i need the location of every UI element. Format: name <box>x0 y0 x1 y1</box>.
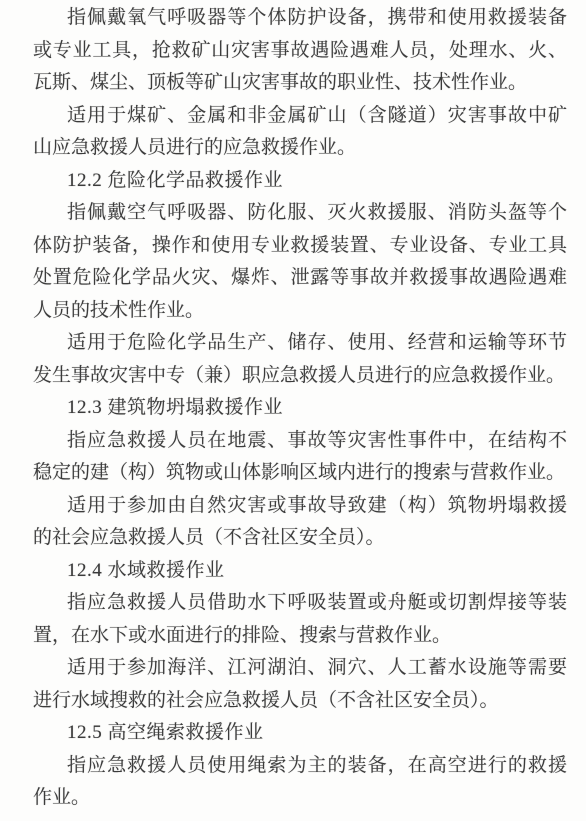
section-heading-12-2: 12.2 危险化学品救援作业 <box>33 165 567 198</box>
document-line: 指应急救援人员使用绳索为主的装备，在高空进行的救援 <box>33 750 567 783</box>
document-page: 指佩戴氧气呼吸器等个体防护设备，携带和使用救援装备 或专业工具，抢救矿山灾害事故… <box>0 0 586 821</box>
document-line: 指应急救援人员在地震、事故等灾害性事件中，在结构不 <box>33 425 567 458</box>
document-line: 进行水域搜救的社会应急救援人员（不含社区安全员）。 <box>33 685 567 718</box>
document-line: 适用于参加由自然灾害或事故导致建（构）筑物坍塌救援 <box>33 490 567 523</box>
document-line: 指佩戴氧气呼吸器等个体防护设备，携带和使用救援装备 <box>33 2 567 35</box>
section-heading-12-3: 12.3 建筑物坍塌救援作业 <box>33 392 567 425</box>
document-line: 人员的技术性作业。 <box>33 295 567 328</box>
document-line: 或专业工具，抢救矿山灾害事故遇险遇难人员，处理水、火、 <box>33 35 567 68</box>
document-line: 指应急救援人员借助水下呼吸装置或舟艇或切割焊接等装 <box>33 587 567 620</box>
document-line: 发生事故灾害中专（兼）职应急救援人员进行的应急救援作业。 <box>33 360 567 393</box>
document-line: 适用于煤矿、金属和非金属矿山（含隧道）灾害事故中矿 <box>33 100 567 133</box>
document-line: 适用于参加海洋、江河湖泊、洞穴、人工蓄水设施等需要 <box>33 652 567 685</box>
section-heading-12-5: 12.5 高空绳索救援作业 <box>33 717 567 750</box>
document-line: 稳定的建（构）筑物或山体影响区域内进行的搜索与营救作业。 <box>33 457 567 490</box>
document-line: 瓦斯、煤尘、顶板等矿山灾害事故的职业性、技术性作业。 <box>33 67 567 100</box>
document-line: 作业。 <box>33 782 567 815</box>
document-line: 的社会应急救援人员（不含社区安全员）。 <box>33 522 567 555</box>
document-line: 山应急救援人员进行的应急救援作业。 <box>33 132 567 165</box>
document-line: 体防护装备，操作和使用专业救援装置、专业设备、专业工具 <box>33 230 567 263</box>
document-line: 处置危险化学品火灾、爆炸、泄露等事故并救援事故遇险遇难 <box>33 262 567 295</box>
document-line: 指佩戴空气呼吸器、防化服、灭火救援服、消防头盔等个 <box>33 197 567 230</box>
section-heading-12-4: 12.4 水域救援作业 <box>33 555 567 588</box>
document-line: 适用于危险化学品生产、储存、使用、经营和运输等环节 <box>33 327 567 360</box>
document-line: 置，在水下或水面进行的排险、搜索与营救作业。 <box>33 620 567 653</box>
